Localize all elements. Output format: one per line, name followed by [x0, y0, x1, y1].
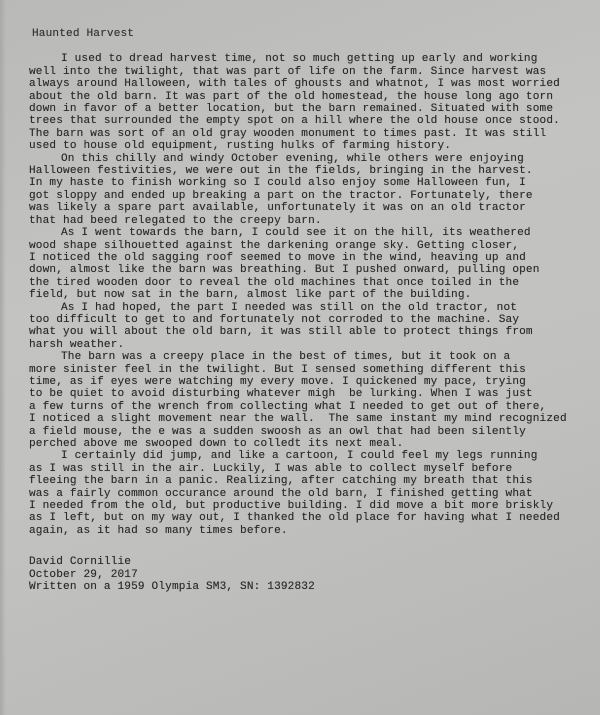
text-line: As I went towards the barn, I could see … — [29, 227, 589, 239]
text-line: too difficult to get to and fortunately … — [29, 314, 589, 326]
text-line: fleeing the barn in a panic. Realizing, … — [29, 475, 589, 487]
text-line: I noticed the old sagging roof seemed to… — [29, 252, 589, 264]
text-line: The barn was a creepy place in the best … — [29, 351, 589, 363]
text-line: a few turns of the wrench from collectin… — [29, 401, 589, 413]
typewriter-note: Written on a 1959 Olympia SM3, SN: 13928… — [29, 581, 589, 593]
paragraph: On this chilly and windy October evening… — [29, 153, 589, 227]
text-line: down in favor of a better location, but … — [29, 103, 589, 115]
paragraph: I used to dread harvest time, not so muc… — [29, 53, 589, 152]
text-line: I certainly did jump, and like a cartoon… — [29, 450, 589, 462]
text-line: trees that surrounded the empty spot on … — [29, 115, 589, 127]
text-line: was likely a spare part available, unfor… — [29, 202, 589, 214]
text-line: that had beed relegated to the creepy ba… — [29, 215, 589, 227]
text-line: perched above me swooped down to colledt… — [29, 438, 589, 450]
text-line: In my haste to finish working so I could… — [29, 177, 589, 189]
text-line: I used to dread harvest time, not so muc… — [29, 53, 589, 65]
text-line: the tired wooden door to reveal the old … — [29, 277, 589, 289]
text-line: as I was still in the air. Luckily, I wa… — [29, 463, 589, 475]
paragraph: I certainly did jump, and like a cartoon… — [29, 450, 589, 537]
text-line: a field mouse, the e was a sudden swoosh… — [29, 426, 589, 438]
signature-block: David Cornillie October 29, 2017 Written… — [29, 556, 589, 593]
text-line: I noticed a slight movement near the wal… — [29, 413, 589, 425]
text-line: I needed from the old, but productive bu… — [29, 500, 589, 512]
paper-edge — [0, 0, 6, 715]
text-line: what you will about the old barn, it was… — [29, 326, 589, 338]
text-line: as I left, but on my way out, I thanked … — [29, 512, 589, 524]
text-line: harsh weather. — [29, 339, 589, 351]
text-line: Halloween festivities, we were out in th… — [29, 165, 589, 177]
text-line: more sinister feel in the twilight. But … — [29, 364, 589, 376]
text-line: well into the twilight, that was part of… — [29, 66, 589, 78]
text-line: to be quiet to avoid disturbing whatever… — [29, 388, 589, 400]
author-name: David Cornillie — [29, 556, 589, 568]
paragraph: As I went towards the barn, I could see … — [29, 227, 589, 301]
date: October 29, 2017 — [29, 569, 589, 581]
text-line: field, but now sat in the barn, almost l… — [29, 289, 589, 301]
text-line: On this chilly and windy October evening… — [29, 153, 589, 165]
text-line: used to house old equipment, rusting hul… — [29, 140, 589, 152]
text-line: The barn was sort of an old gray wooden … — [29, 128, 589, 140]
text-line: about the old barn. It was part of the o… — [29, 91, 589, 103]
typewritten-page: Haunted Harvest I used to dread harvest … — [29, 28, 589, 593]
text-line: again, as it had so many times before. — [29, 525, 589, 537]
text-line: got sloppy and ended up breaking a part … — [29, 190, 589, 202]
paragraph: As I had hoped, the part I needed was st… — [29, 302, 589, 352]
text-line: wood shape silhouetted against the darke… — [29, 240, 589, 252]
paragraph: The barn was a creepy place in the best … — [29, 351, 589, 450]
story-body: I used to dread harvest time, not so muc… — [29, 53, 589, 537]
text-line: time, as if eyes were watching my every … — [29, 376, 589, 388]
text-line: As I had hoped, the part I needed was st… — [29, 302, 589, 314]
story-title: Haunted Harvest — [32, 28, 589, 40]
text-line: down, almost like the barn was breathing… — [29, 264, 589, 276]
text-line: was a fairly common occurance around the… — [29, 488, 589, 500]
text-line: always around Halloween, with tales of g… — [29, 78, 589, 90]
